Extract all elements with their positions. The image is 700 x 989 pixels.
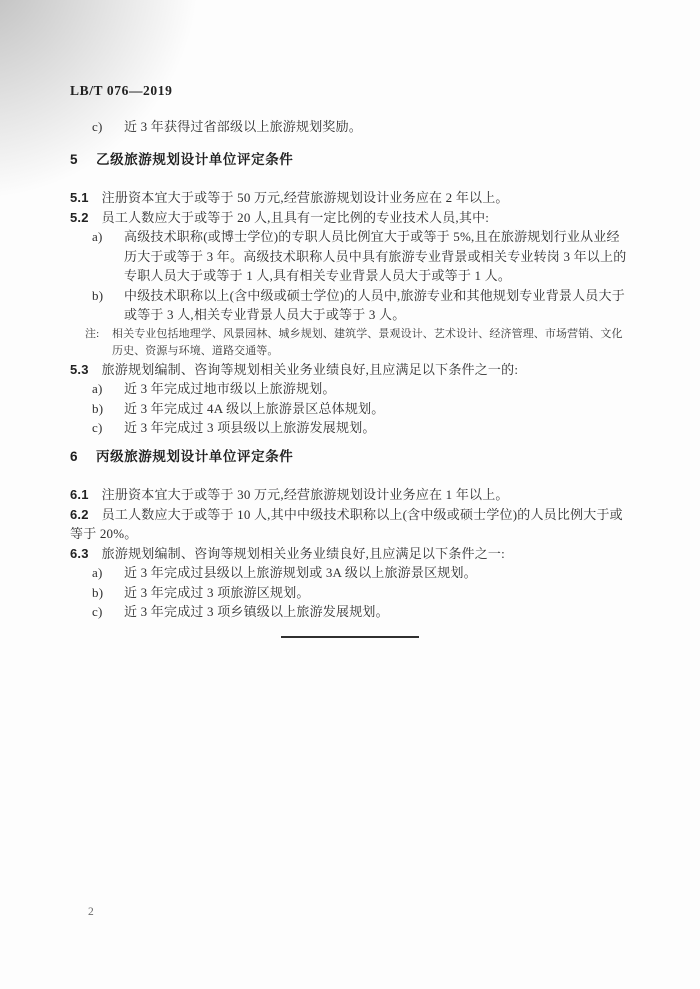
clause-number: 5.2 bbox=[70, 210, 89, 225]
clause-6-3: 6.3旅游规划编制、咨询等规划相关业务业绩良好,且应满足以下条件之一: bbox=[70, 544, 630, 564]
list-text: 近 3 年完成过 3 项旅游区规划。 bbox=[124, 583, 630, 603]
section-title: 乙级旅游规划设计单位评定条件 bbox=[96, 151, 293, 169]
list-item-6-3-a: a) 近 3 年完成过县级以上旅游规划或 3A 级以上旅游景区规划。 bbox=[70, 563, 630, 583]
list-text: 近 3 年完成过 3 项县级以上旅游发展规划。 bbox=[124, 418, 630, 438]
clause-text: 注册资本宜大于或等于 30 万元,经营旅游规划设计业务应在 1 年以上。 bbox=[102, 487, 509, 502]
clause-text: 员工人数应大于或等于 10 人,其中中级技术职称以上(含中级或硕士学位)的人员比… bbox=[70, 507, 623, 542]
clause-6-1: 6.1注册资本宜大于或等于 30 万元,经营旅游规划设计业务应在 1 年以上。 bbox=[70, 485, 630, 505]
clause-number: 6.2 bbox=[70, 507, 89, 522]
list-text: 近 3 年完成过地市级以上旅游规划。 bbox=[124, 379, 630, 399]
note-label: 注: bbox=[85, 326, 112, 360]
clause-text: 员工人数应大于或等于 20 人,且具有一定比例的专业技术人员,其中: bbox=[102, 210, 489, 225]
document-content: LB/T 076—2019 c) 近 3 年获得过省部级以上旅游规划奖励。 5 … bbox=[0, 0, 700, 638]
section-5-heading: 5 乙级旅游规划设计单位评定条件 bbox=[70, 151, 630, 169]
list-item-6-3-b: b) 近 3 年完成过 3 项旅游区规划。 bbox=[70, 583, 630, 603]
section-title: 丙级旅游规划设计单位评定条件 bbox=[96, 448, 293, 466]
section-number: 6 bbox=[70, 448, 96, 466]
section-number: 5 bbox=[70, 151, 96, 169]
list-text: 高级技术职称(或博士学位)的专职人员比例宜大于或等于 5%,且在旅游规划行业从业… bbox=[124, 227, 630, 286]
note-text: 相关专业包括地理学、风景园林、城乡规划、建筑学、景观设计、艺术设计、经济管理、市… bbox=[112, 326, 630, 360]
clause-number: 6.3 bbox=[70, 546, 89, 561]
section-6-heading: 6 丙级旅游规划设计单位评定条件 bbox=[70, 448, 630, 466]
list-item-5-3-a: a) 近 3 年完成过地市级以上旅游规划。 bbox=[70, 379, 630, 399]
clause-number: 5.1 bbox=[70, 190, 89, 205]
list-text: 近 3 年完成过 3 项乡镇级以上旅游发展规划。 bbox=[124, 602, 630, 622]
list-item-5-3-c: c) 近 3 年完成过 3 项县级以上旅游发展规划。 bbox=[70, 418, 630, 438]
list-text: 近 3 年获得过省部级以上旅游规划奖励。 bbox=[124, 117, 630, 137]
list-text: 近 3 年完成过 4A 级以上旅游景区总体规划。 bbox=[124, 399, 630, 419]
list-letter: a) bbox=[92, 379, 124, 399]
clause-5-3: 5.3旅游规划编制、咨询等规划相关业务业绩良好,且应满足以下条件之一的: bbox=[70, 360, 630, 380]
clause-6-2: 6.2员工人数应大于或等于 10 人,其中中级技术职称以上(含中级或硕士学位)的… bbox=[70, 505, 630, 544]
list-item-c-prelude: c) 近 3 年获得过省部级以上旅游规划奖励。 bbox=[70, 117, 630, 137]
list-letter: c) bbox=[92, 418, 124, 438]
list-letter: c) bbox=[92, 602, 124, 622]
list-letter: c) bbox=[92, 117, 124, 137]
clause-number: 6.1 bbox=[70, 487, 89, 502]
list-text: 近 3 年完成过县级以上旅游规划或 3A 级以上旅游景区规划。 bbox=[124, 563, 630, 583]
note-5-2: 注: 相关专业包括地理学、风景园林、城乡规划、建筑学、景观设计、艺术设计、经济管… bbox=[70, 326, 630, 360]
list-item-6-3-c: c) 近 3 年完成过 3 项乡镇级以上旅游发展规划。 bbox=[70, 602, 630, 622]
list-letter: b) bbox=[92, 583, 124, 603]
clause-5-2: 5.2员工人数应大于或等于 20 人,且具有一定比例的专业技术人员,其中: bbox=[70, 208, 630, 228]
list-letter: a) bbox=[92, 227, 124, 286]
page-number: 2 bbox=[88, 906, 94, 918]
clause-text: 注册资本宜大于或等于 50 万元,经营旅游规划设计业务应在 2 年以上。 bbox=[102, 190, 509, 205]
clause-text: 旅游规划编制、咨询等规划相关业务业绩良好,且应满足以下条件之一的: bbox=[102, 362, 518, 377]
list-item-5-2-b: b) 中级技术职称以上(含中级或硕士学位)的人员中,旅游专业和其他规划专业背景人… bbox=[70, 286, 630, 325]
clause-number: 5.3 bbox=[70, 362, 89, 377]
end-of-text-rule bbox=[281, 636, 419, 638]
document-page: LB/T 076—2019 c) 近 3 年获得过省部级以上旅游规划奖励。 5 … bbox=[0, 0, 700, 989]
clause-5-1: 5.1注册资本宜大于或等于 50 万元,经营旅游规划设计业务应在 2 年以上。 bbox=[70, 188, 630, 208]
clause-text: 旅游规划编制、咨询等规划相关业务业绩良好,且应满足以下条件之一: bbox=[102, 546, 505, 561]
standard-code-header: LB/T 076—2019 bbox=[70, 84, 630, 98]
list-item-5-2-a: a) 高级技术职称(或博士学位)的专职人员比例宜大于或等于 5%,且在旅游规划行… bbox=[70, 227, 630, 286]
list-item-5-3-b: b) 近 3 年完成过 4A 级以上旅游景区总体规划。 bbox=[70, 399, 630, 419]
list-letter: b) bbox=[92, 399, 124, 419]
list-letter: a) bbox=[92, 563, 124, 583]
list-text: 中级技术职称以上(含中级或硕士学位)的人员中,旅游专业和其他规划专业背景人员大于… bbox=[124, 286, 630, 325]
list-letter: b) bbox=[92, 286, 124, 325]
